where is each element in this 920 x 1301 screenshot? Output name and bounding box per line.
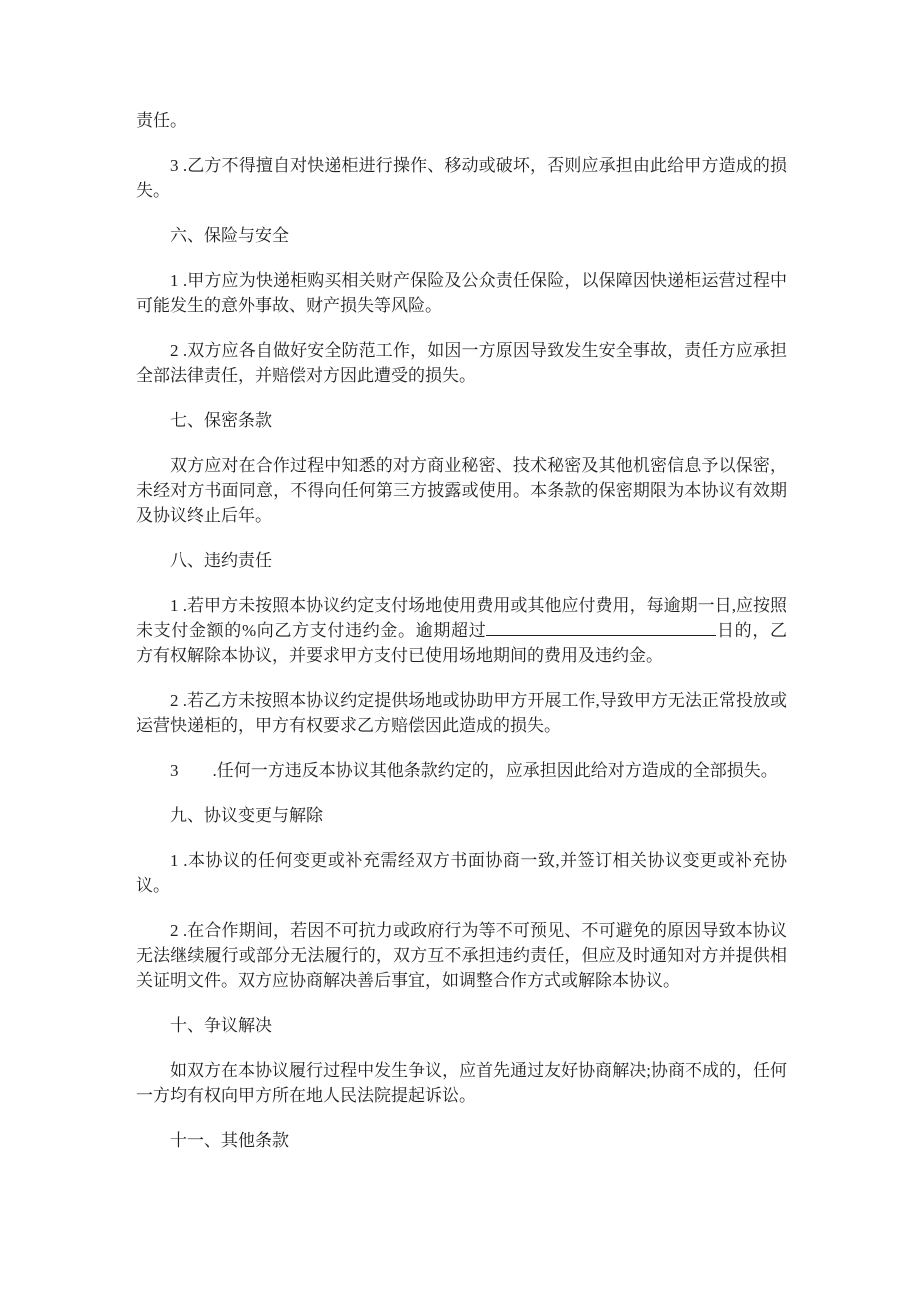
confidentiality-clause-text: 双方应对在合作过程中知悉的对方商业秘密、技术秘密及其他机密信息予以保密，未经对方…	[136, 453, 787, 528]
section-heading-11-other-terms: 十一、其他条款	[136, 1128, 787, 1153]
insurance-clause-item-2: 2 .双方应各自做好安全防范工作，如因一方原因导致发生安全事故，责任方应承担全部…	[136, 338, 787, 388]
section-heading-10-dispute-resolution: 十、争议解决	[136, 1013, 787, 1038]
dispute-resolution-clause-text: 如双方在本协议履行过程中发生争议，应首先通过友好协商解决;协商不成的，任何一方均…	[136, 1058, 787, 1108]
insurance-clause-item-1: 1 .甲方应为快递柜购买相关财产保险及公众责任保险，以保障因快递柜运营过程中可能…	[136, 268, 787, 318]
numbered-clause-usage-item-3: 3 .乙方不得擅自对快递柜进行操作、移动或破坏，否则应承担由此给甲方造成的损失。	[136, 153, 787, 203]
amendment-clause-item-2: 2 .在合作期间，若因不可抗力或政府行为等不可预见、不可避免的原因导致本协议无法…	[136, 918, 787, 993]
document-page: 责任。 3 .乙方不得擅自对快递柜进行操作、移动或破坏，否则应承担由此给甲方造成…	[0, 0, 920, 1301]
section-heading-8-breach-liability: 八、违约责任	[136, 548, 787, 573]
breach-clause-item-1: 1 .若甲方未按照本协议约定支付场地使用费用或其他应付费用，每逾期一日,应按照未…	[136, 593, 787, 668]
clause-continuation-text: 责任。	[136, 108, 787, 133]
breach-clause-item-2: 2 .若乙方未按照本协议约定提供场地或协助甲方开展工作,导致甲方无法正常投放或运…	[136, 688, 787, 738]
section-heading-9-amendment-termination: 九、协议变更与解除	[136, 803, 787, 828]
section-heading-6-insurance-safety: 六、保险与安全	[136, 223, 787, 248]
amendment-clause-item-1: 1 .本协议的任何变更或补充需经双方书面协商一致,并签订相关协议变更或补充协议。	[136, 848, 787, 898]
fill-in-blank-line	[486, 618, 716, 636]
contract-body: 责任。 3 .乙方不得擅自对快递柜进行操作、移动或破坏，否则应承担由此给甲方造成…	[136, 108, 787, 1153]
breach-clause-item-3: 3 .任何一方违反本协议其他条款约定的，应承担因此给对方造成的全部损失。	[136, 758, 787, 783]
section-heading-7-confidentiality: 七、保密条款	[136, 408, 787, 433]
